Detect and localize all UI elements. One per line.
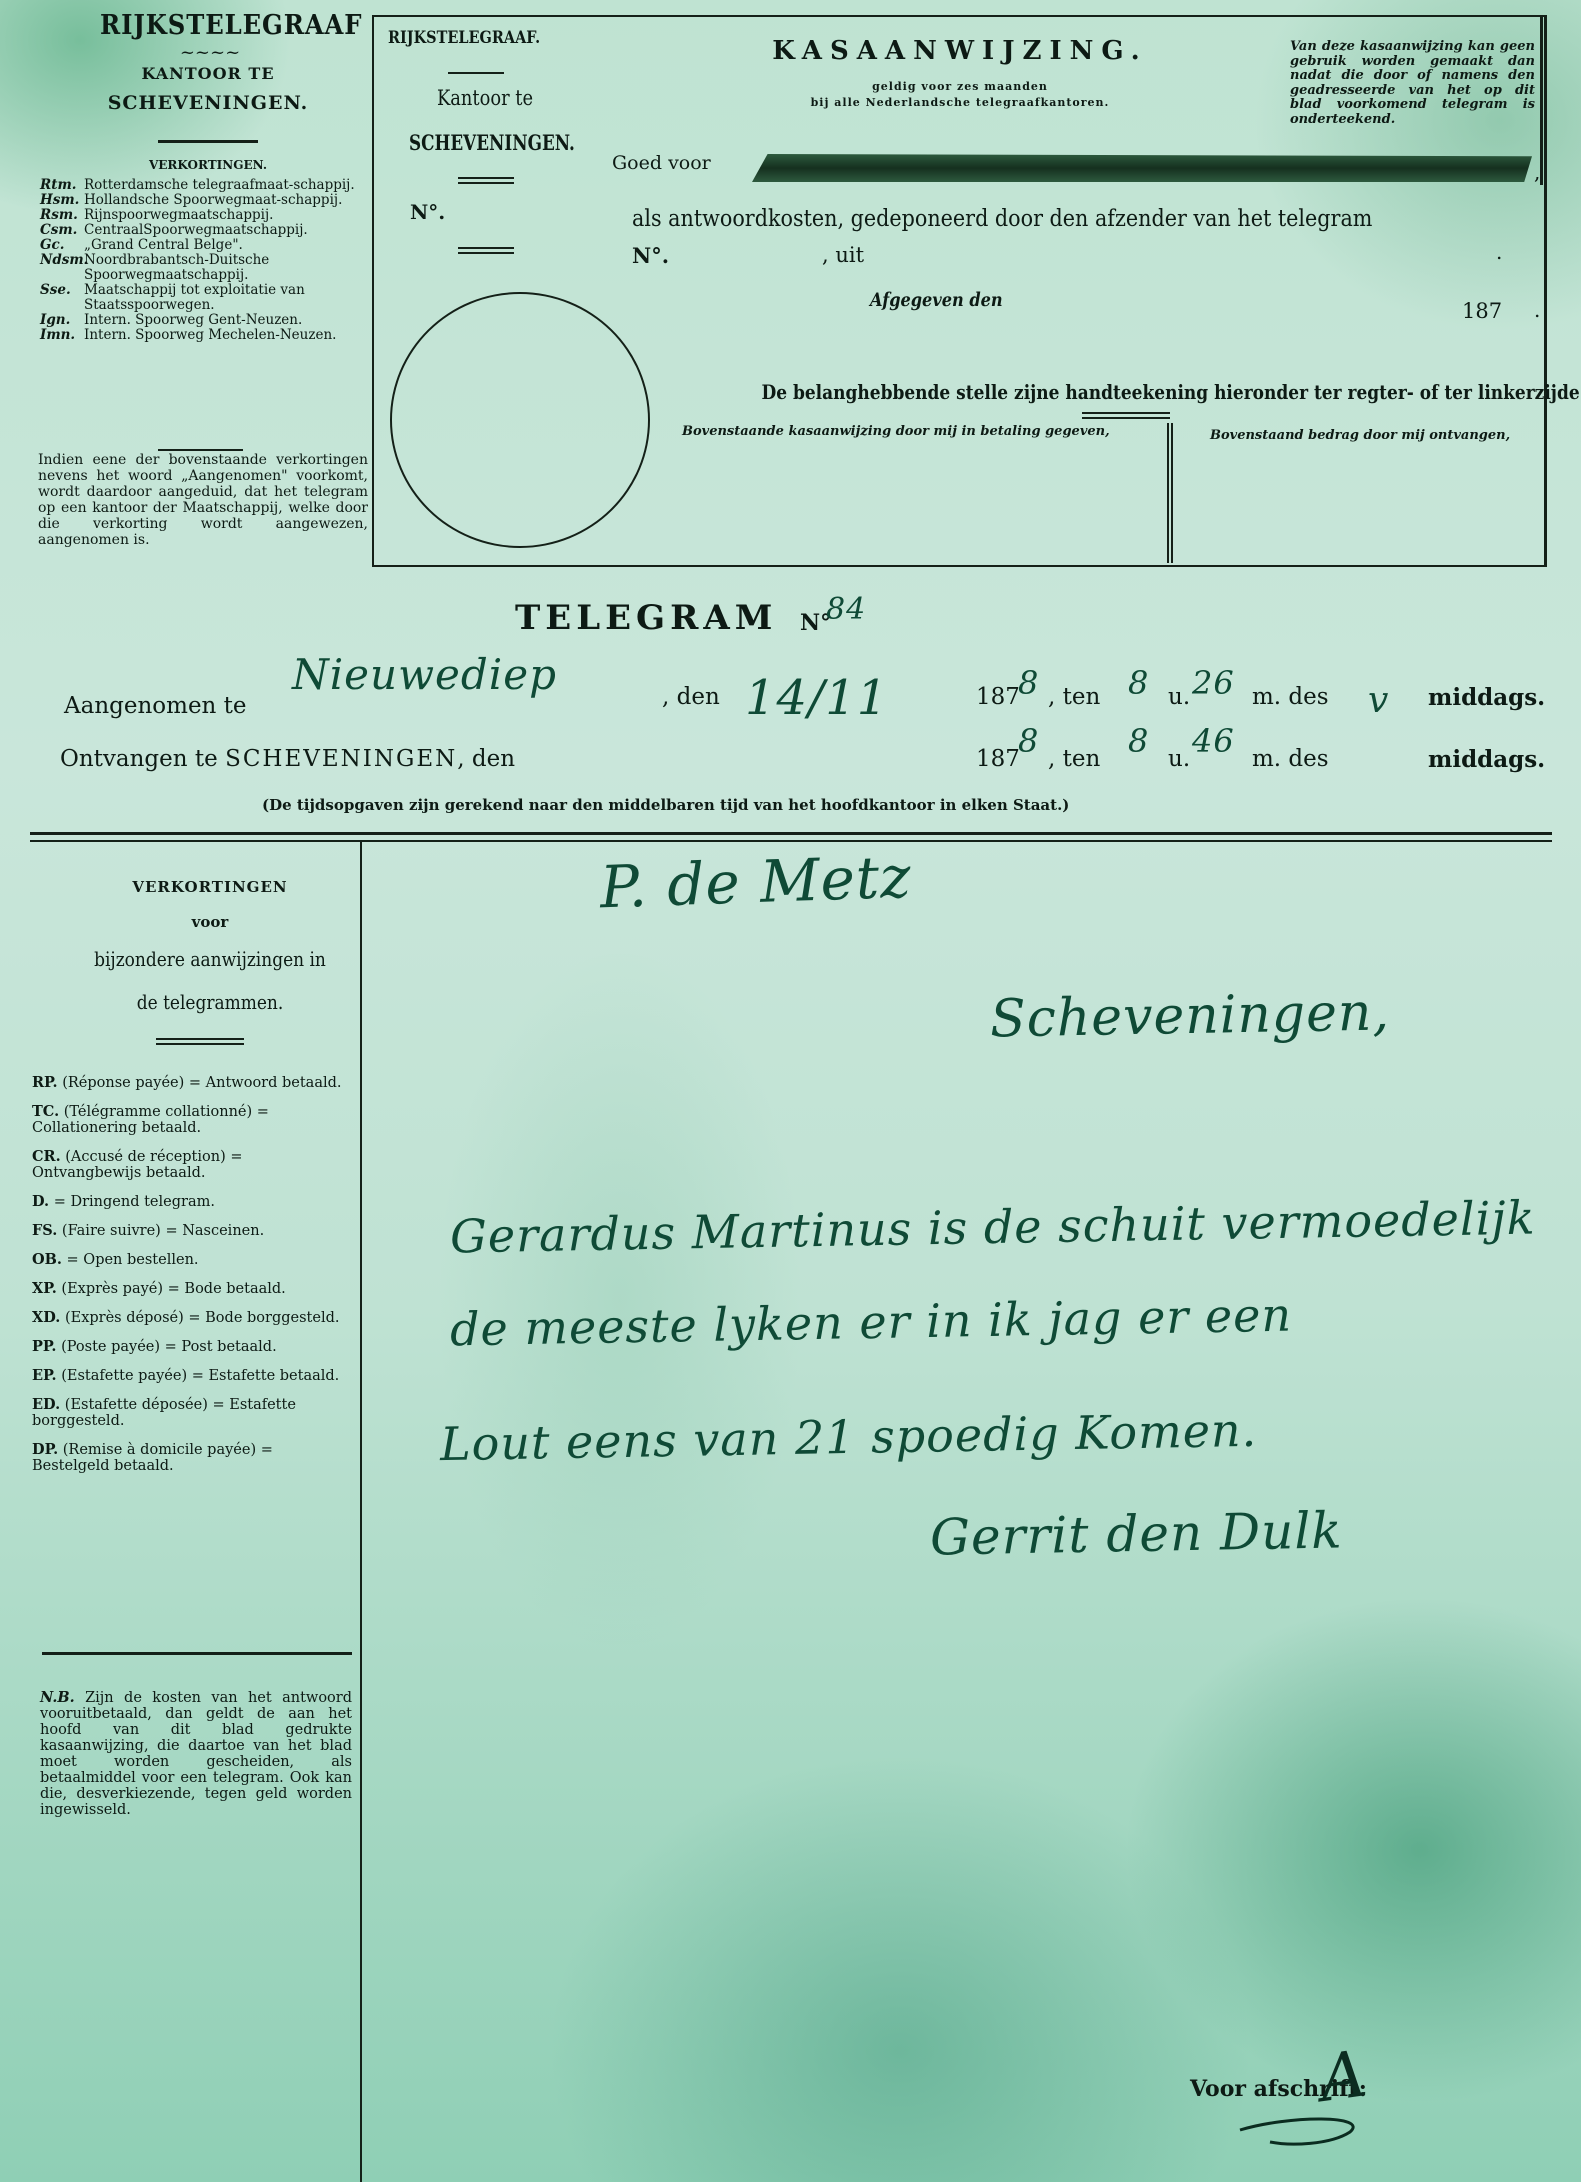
abbreviation-text: Maatschappij tot exploitatie van Staatss… [84,283,370,313]
left-office-label: KANTOOR TE [88,64,328,83]
abbreviation-code: Ign. [40,313,84,328]
divider [1082,412,1170,414]
special-abbreviation-code: CR. [32,1148,61,1165]
accepted-place: Nieuwediep [292,650,557,699]
accepted-year-suffix: 8 [1018,664,1039,702]
coupon-warning-text: Van deze kasaanwijzing kan geen gebruik … [1290,40,1535,127]
accepted-year-prefix: 187 [976,684,1020,710]
abbreviations-heading: VERKORTINGEN. [88,158,328,172]
message-line: Gerardus Martinus is de schuit vermoedel… [450,1191,1536,1264]
telegram-number-value: 84 [826,592,866,627]
abbreviation-code: Sse. [40,283,84,313]
special-abbreviation-row: TC. (Télégramme collationné) = Collation… [32,1104,352,1136]
special-abbreviation-row: EP. (Estafette payée) = Estafette betaal… [32,1368,352,1384]
special-abbreviation-code: TC. [32,1103,59,1120]
abbreviation-text: Noordbrabantsch-Duitsche Spoorwegmaatsch… [84,253,370,283]
accepted-part-of-day: v [1368,680,1389,721]
divider [158,140,258,143]
amount-field-bar[interactable] [752,154,1532,182]
abbreviation-code: Rsm. [40,208,84,223]
divider [158,449,243,451]
abbreviation-code: Gc. [40,238,84,253]
period: . [1496,240,1502,264]
abbreviation-text: Hollandsche Spoorwegmaat-schappij. [84,193,370,208]
received-minute: 46 [1192,722,1235,760]
abbreviation-text: Intern. Spoorweg Mechelen-Neuzen. [84,328,370,343]
from-label: , uit [822,243,864,267]
special-abbreviations-subheading: de telegrammen. [78,990,342,1014]
accepted-date-label: , den [662,684,720,710]
comma: , [1534,160,1540,184]
abbreviation-text: Intern. Spoorweg Gent-Neuzen. [84,313,370,328]
left-office-place: SCHEVENINGEN. [88,92,328,114]
accepted-minute: 26 [1192,664,1235,702]
special-abbreviation-row: DP. (Remise à domicile payée) = Bestelge… [32,1442,352,1474]
header-divider [30,832,1552,835]
abbreviation-row: Imn.Intern. Spoorweg Mechelen-Neuzen. [40,328,370,343]
coupon-office-label: Kantoor te [413,86,558,110]
divider [1082,417,1170,419]
accepted-date: 14/11 [745,670,888,726]
abbreviation-text: „Grand Central Belge". [84,238,370,253]
received-middags: middags. [1428,746,1545,773]
coupon-subtitle-offices: bij alle Nederlandsche telegraafkantoren… [700,96,1220,109]
divider [156,1038,244,1040]
abbreviation-row: Ign.Intern. Spoorweg Gent-Neuzen. [40,313,370,328]
received-year-prefix: 187 [976,746,1020,772]
divider [458,182,514,184]
message-addressee: P. de Metz [599,843,913,922]
abbreviation-code: Imn. [40,328,84,343]
right-signature-label: Bovenstaand bedrag door mij ontvangen, [1210,428,1510,443]
accepted-hour-unit: u. [1168,684,1190,710]
column-divider [360,842,362,2182]
divider [458,177,514,179]
special-abbreviation-text: = Open bestellen. [67,1252,199,1268]
abbreviation-code: Hsm. [40,193,84,208]
special-abbreviation-text: (Faire suivre) = Nasceinen. [62,1223,264,1239]
right-signature-field[interactable] [1185,455,1535,555]
special-abbreviation-text: (Accusé de réception) = Ontvangbewijs be… [32,1149,243,1181]
received-label: Ontvangen te SCHEVENINGEN, den [60,746,515,772]
left-signature-field[interactable] [690,455,1150,555]
special-abbreviation-row: ED. (Estafette déposée) = Estafette borg… [32,1397,352,1429]
special-abbreviation-code: EP. [32,1367,57,1384]
special-abbreviation-text: (Estafette payée) = Estafette betaald. [61,1368,339,1384]
special-abbreviations-subheading: voor [60,913,360,931]
warning-box-border [1540,15,1543,185]
special-abbreviation-text: (Télégramme collationné) = Collationerin… [32,1104,269,1136]
special-abbreviation-code: RP. [32,1074,58,1091]
signature-flourish [1230,2110,1380,2150]
special-abbreviation-row: PP. (Poste payée) = Post betaald. [32,1339,352,1355]
abbreviation-row: Rsm.Rijnspoorwegmaatschappij. [40,208,370,223]
abbreviation-code: Rtm. [40,178,84,193]
special-abbreviation-text: (Poste payée) = Post betaald. [61,1339,277,1355]
message-line: Lout eens van 21 spoedig Komen. [440,1403,1258,1471]
nb-note: N.B. Zijn de kosten van het antwoord voo… [40,1690,352,1818]
special-abbreviation-text: = Dringend telegram. [54,1194,215,1210]
special-abbreviation-code: PP. [32,1338,56,1355]
message-signature: Gerrit den Dulk [930,1501,1344,1566]
accepted-time-label: , ten [1048,684,1100,710]
special-abbreviation-text: (Remise à domicile payée) = Bestelgeld b… [32,1442,273,1474]
special-abbreviation-row: XD. (Exprès déposé) = Bode borggesteld. [32,1310,352,1326]
abbreviations-note: Indien eene der bovenstaande verkortinge… [38,452,368,548]
coupon-office-place: SCHEVENINGEN. [409,130,561,155]
special-abbreviation-code: XP. [32,1280,57,1297]
special-abbreviations-subheading: bijzondere aanwijzingen in [78,947,342,971]
abbreviation-row: Rtm.Rotterdamsche telegraafmaat-schappij… [40,178,370,193]
stamp-circle [390,292,650,548]
abbreviation-row: Csm.CentraalSpoorwegmaatschappij. [40,223,370,238]
special-abbreviation-code: XD. [32,1309,60,1326]
message-line: de meeste lyken er in ik jag er een [450,1288,1293,1357]
received-hour: 8 [1128,722,1149,760]
left-signature-label: Bovenstaande kasaanwijzing door mij in b… [682,424,1110,439]
abbreviation-text: Rijnspoorwegmaatschappij. [84,208,370,223]
divider [458,252,514,254]
special-abbreviation-text: (Exprès déposé) = Bode borggesteld. [65,1310,340,1326]
left-header-title: RIJKSTELEGRAAF [100,10,316,41]
signature-separator [1171,423,1173,563]
issued-year: 187 [1462,299,1502,323]
signature-separator [1167,423,1169,563]
accepted-label: Aangenomen te [64,693,247,719]
special-abbreviations-list: RP. (Réponse payée) = Antwoord betaald.T… [32,1075,352,1487]
special-abbreviation-text: (Réponse payée) = Antwoord betaald. [62,1075,341,1091]
message-place: Scheveningen, [990,983,1391,1050]
coupon-subtitle-validity: geldig voor zes maanden [700,80,1220,93]
special-abbreviation-row: XP. (Exprès payé) = Bode betaald. [32,1281,352,1297]
special-abbreviation-row: OB. = Open bestellen. [32,1252,352,1268]
coupon-office-title: RIJKSTELEGRAAF. [388,28,540,48]
abbreviation-code: Ndsm. [40,253,84,283]
abbreviation-text: CentraalSpoorwegmaatschappij. [84,223,370,238]
special-abbreviation-text: (Exprès payé) = Bode betaald. [61,1281,285,1297]
abbreviation-row: Ndsm.Noordbrabantsch-Duitsche Spoorwegma… [40,253,370,283]
special-abbreviation-code: OB. [32,1251,62,1268]
divider [156,1043,244,1045]
special-abbreviation-row: D. = Dringend telegram. [32,1194,352,1210]
ornament-divider: ~~~~ [140,42,280,63]
received-time-label: , ten [1048,746,1100,772]
special-abbreviation-row: RP. (Réponse payée) = Antwoord betaald. [32,1075,352,1091]
special-abbreviation-code: D. [32,1193,49,1210]
abbreviation-row: Gc.„Grand Central Belge". [40,238,370,253]
special-abbreviation-text: (Estafette déposée) = Estafette borggest… [32,1397,296,1429]
special-abbreviation-code: FS. [32,1222,57,1239]
abbreviation-row: Hsm.Hollandsche Spoorwegmaat-schappij. [40,193,370,208]
issued-label: Afgegeven den [870,289,1003,311]
signature-instruction: De belanghebbende stelle zijne handteeke… [762,380,1459,404]
header-divider [30,840,1552,842]
period: . [1534,298,1540,322]
divider [448,72,504,74]
accepted-hour: 8 [1128,664,1149,702]
coupon-number-label: N°. [410,200,445,224]
reply-costs-text: als antwoordkosten, gedeponeerd door den… [632,206,1372,232]
coupon-title: KASAANWIJZING. [700,36,1220,66]
special-abbreviations-heading: VERKORTINGEN [60,878,360,896]
railway-abbreviations-list: Rtm.Rotterdamsche telegraafmaat-schappij… [40,178,370,343]
special-abbreviation-row: CR. (Accusé de réception) = Ontvangbewij… [32,1149,352,1181]
divider [42,1652,352,1655]
abbreviation-text: Rotterdamsche telegraafmaat-schappij. [84,178,370,193]
received-minute-unit: m. des [1252,746,1329,772]
divider [458,247,514,249]
good-for-label: Goed voor [612,152,711,174]
special-abbreviation-row: FS. (Faire suivre) = Nasceinen. [32,1223,352,1239]
abbreviation-code: Csm. [40,223,84,238]
copy-signature: A [1315,2037,1372,2117]
special-abbreviation-code: DP. [32,1441,58,1458]
telegram-number-label: N°. [632,243,669,268]
accepted-minute-unit: m. des [1252,684,1329,710]
received-year-suffix: 8 [1018,722,1039,760]
received-hour-unit: u. [1168,746,1190,772]
accepted-middags: middags. [1428,684,1545,711]
special-abbreviation-code: ED. [32,1396,60,1413]
time-note: (De tijdsopgaven zijn gerekend naar den … [262,796,1069,814]
abbreviation-row: Sse.Maatschappij tot exploitatie van Sta… [40,283,370,313]
telegram-title: TELEGRAM [515,598,777,638]
